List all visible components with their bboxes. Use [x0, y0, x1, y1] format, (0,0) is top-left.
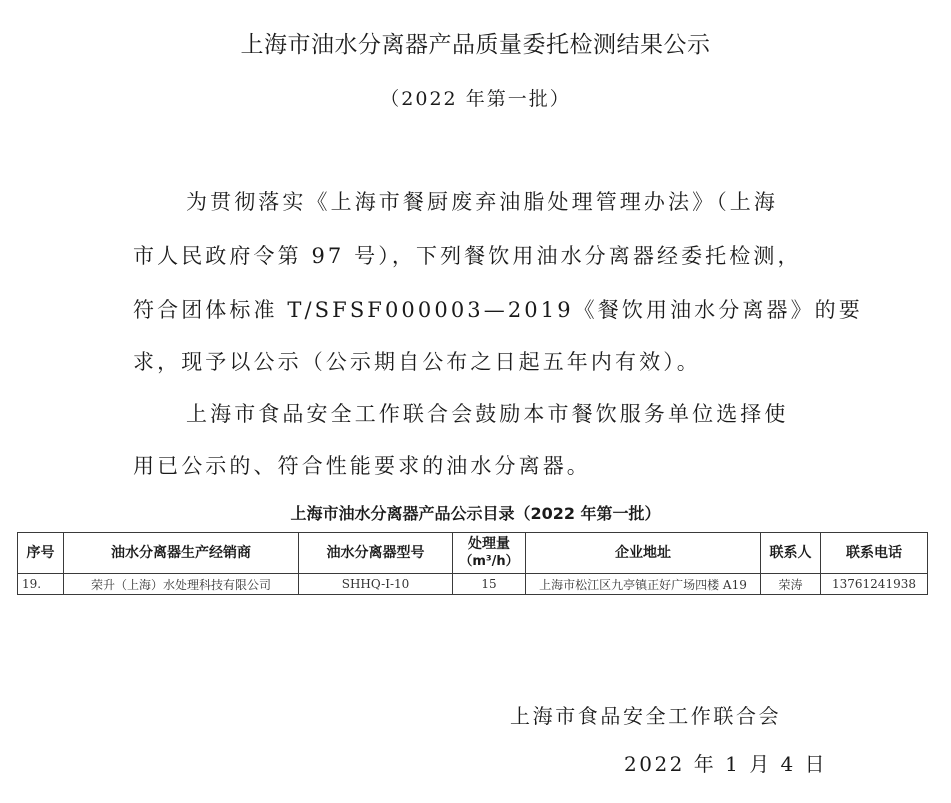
- product-catalog-table: 序号 油水分离器生产经销商 油水分离器型号 处理量 （m³/h） 企业地址 联系…: [17, 532, 928, 595]
- cell-capacity: 15: [453, 574, 526, 595]
- header-model: 油水分离器型号: [299, 533, 453, 574]
- header-capacity: 处理量 （m³/h）: [453, 533, 526, 574]
- cell-phone: 13761241938: [821, 574, 928, 595]
- header-phone: 联系电话: [821, 533, 928, 574]
- header-contact: 联系人: [761, 533, 821, 574]
- cell-index: 19.: [18, 574, 64, 595]
- cell-contact: 荣涛: [761, 574, 821, 595]
- header-capacity-label: 处理量: [453, 536, 525, 553]
- document-title: 上海市油水分离器产品质量委托检测结果公示: [0, 26, 951, 59]
- table-header-row: 序号 油水分离器生产经销商 油水分离器型号 处理量 （m³/h） 企业地址 联系…: [18, 533, 928, 574]
- paragraph-line: 市人民政府令第 97 号），下列餐饮用油水分离器经委托检测，: [133, 240, 802, 270]
- header-address: 企业地址: [526, 533, 761, 574]
- header-manufacturer: 油水分离器生产经销商: [64, 533, 299, 574]
- paragraph-line: 上海市食品安全工作联合会鼓励本市餐饮服务单位选择使: [186, 398, 789, 428]
- header-capacity-unit: （m³/h）: [453, 553, 525, 570]
- signer-organization: 上海市食品安全工作联合会: [510, 700, 781, 729]
- header-index: 序号: [18, 533, 64, 574]
- table-row: 19. 荣升（上海）水处理科技有限公司 SHHQ-I-10 15 上海市松江区九…: [18, 574, 928, 595]
- publish-date: 2022 年 1 月 4 日: [624, 748, 827, 777]
- cell-manufacturer: 荣升（上海）水处理科技有限公司: [64, 574, 299, 595]
- cell-address: 上海市松江区九亭镇正好广场四楼 A19: [526, 574, 761, 595]
- paragraph-line: 用已公示的、符合性能要求的油水分离器。: [133, 450, 591, 480]
- document-subtitle: （2022 年第一批）: [0, 84, 951, 111]
- paragraph-line: 求，现予以公示（公示期自公布之日起五年内有效）。: [133, 346, 701, 376]
- table-title: 上海市油水分离器产品公示目录（2022 年第一批）: [0, 501, 951, 524]
- cell-model: SHHQ-I-10: [299, 574, 453, 595]
- paragraph-line: 为贯彻落实《上海市餐厨废弃油脂处理管理办法》（上海: [186, 186, 778, 216]
- paragraph-line: 符合团体标准 T/SFSF000003—2019《餐饮用油水分离器》的要: [133, 294, 863, 324]
